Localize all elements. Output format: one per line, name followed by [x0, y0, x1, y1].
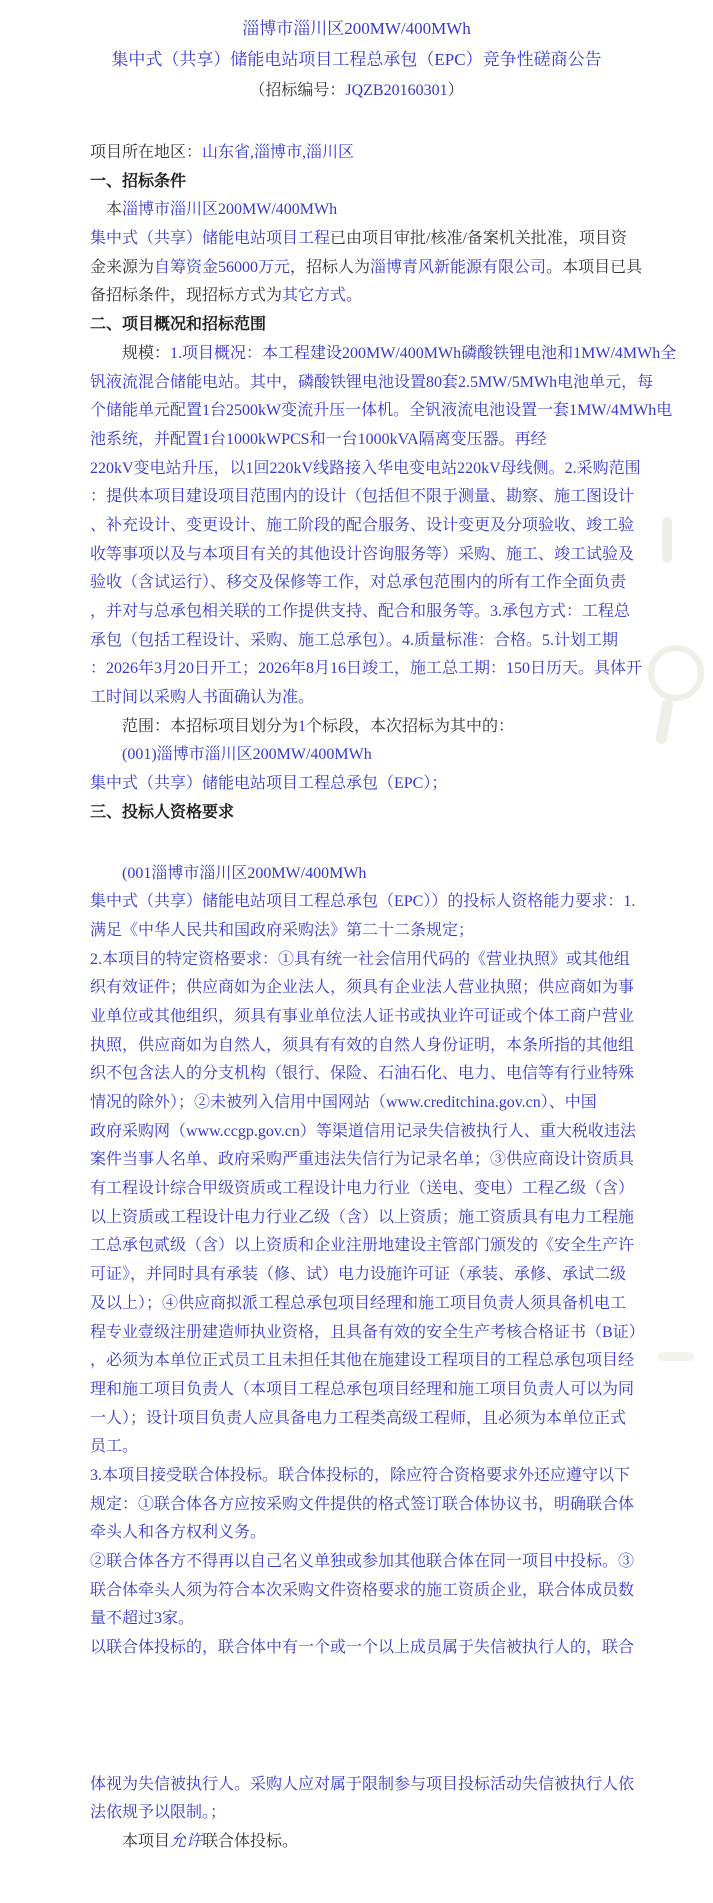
text-line: 牵头人和各方权利义务。	[90, 1519, 630, 1548]
text-segment: 备招标条件，现招标方式为	[90, 287, 282, 304]
text-segment: 。本项目已具	[546, 259, 642, 276]
text-line: 220kV变电站升压，以1回220kV线路接入华电变电站220kV母线侧。2.采…	[90, 455, 630, 484]
text-segment: (001)淄博市淄川区200MW/400MWh	[122, 746, 372, 763]
text-segment: 个标段，本次招标为其中的：	[306, 718, 514, 735]
text-segment: 一、招标条件	[90, 173, 186, 190]
text-line: 3.本项目接受联合体投标。联合体投标的，除应符合资格要求外还应遵守以下	[90, 1462, 630, 1491]
text-line: 有工程设计综合甲级资质或工程设计电力行业（送电、变电）工程乙级（含）	[90, 1175, 630, 1204]
text-segment: 范围：本招标项目划分为	[122, 718, 298, 735]
text-segment: 及以上）；④供应商拟派工程总承包项目经理和施工项目负责人须具备机电工	[90, 1295, 626, 1312]
text-segment: (001淄博市淄川区200MW/400MWh	[122, 865, 366, 882]
tender-no-value: JQZB20160301	[345, 82, 447, 99]
text-line: ②联合体各方不得再以自己名义单独或参加其他联合体在同一项目中投标。③	[90, 1548, 630, 1577]
text-segment: 本项目	[122, 1833, 170, 1850]
announcement-page: 淄博市淄川区200MW/400MWh 集中式（共享）储能电站项目工程总承包（EP…	[0, 0, 713, 1903]
text-line: 、补充设计、变更设计、施工阶段的配合服务、设计变更及分项验收、竣工验	[90, 512, 630, 541]
section-3-heading: 三、投标人资格要求	[90, 799, 630, 828]
text-line: 以上资质或工程设计电力行业乙级（含）以上资质；施工资质具有电力工程施	[90, 1204, 630, 1233]
text-line: 可证》，并同时具有承装（修、试）电力设施许可证（承装、承修、承试二级	[90, 1261, 630, 1290]
text-segment: 情况的除外）；②未被列入信用中国网站（www.creditchina.gov.c…	[90, 1094, 597, 1111]
text-segment: 法依规予以限制。；	[90, 1804, 226, 1821]
text-line: 集中式（共享）储能电站项目工程总承包（EPC）；	[90, 770, 630, 799]
text-segment: 承包（包括工程设计、采购、施工总承包）。4.质量标准：合格。5.计划工期	[90, 632, 618, 649]
watermark-magnifier-handle	[655, 698, 674, 744]
text-line: 工总承包贰级（含）以上资质和企业注册地建设主管部门颁发的《安全生产许	[90, 1232, 630, 1261]
text-segment: 自筹资金56000万元	[154, 259, 290, 276]
text-segment: 已由项目审批/核准/备案机关批准，项目资	[330, 230, 627, 247]
text-line: 池系统，并配置1台1000kWPCS和一台1000kVA隔离变压器。再经	[90, 426, 630, 455]
text-segment: 业单位或其他组织，须具有事业单位法人证书或执业许可证或个体工商户营业	[90, 1008, 634, 1025]
title-line-project: 淄博市淄川区200MW/400MWh	[0, 13, 713, 44]
text-line: 情况的除外）；②未被列入信用中国网站（www.creditchina.gov.c…	[90, 1089, 630, 1118]
text-line: (001淄博市淄川区200MW/400MWh	[90, 860, 630, 889]
text-segment: 工总承包贰级（含）以上资质和企业注册地建设主管部门颁发的《安全生产许	[90, 1237, 634, 1254]
section-2-heading: 二、项目概况和招标范围	[90, 311, 630, 340]
section-1-heading: 一、招标条件	[90, 168, 630, 197]
tender-no-prefix: （招标编号：	[249, 82, 345, 99]
text-segment: ：提供本项目建设项目范围内的设计（包括但不限于测量、勘察、施工图设计	[90, 488, 634, 505]
paragraph-gap	[90, 1663, 630, 1771]
text-segment: 220kV变电站升压，以1回220kV线路接入华电变电站220kV母线侧。2.采…	[90, 460, 641, 477]
text-line: 程专业壹级注册建造师执业资格，且具备有效的安全生产考核合格证书（B证）	[90, 1319, 630, 1348]
text-line: 承包（包括工程设计、采购、施工总承包）。4.质量标准：合格。5.计划工期	[90, 627, 630, 656]
text-segment: 集中式（共享）储能电站项目工程总承包（EPC）；	[90, 775, 447, 792]
text-line: 理和施工项目负责人（本项目工程总承包项目经理和施工项目负责人可以为同	[90, 1376, 630, 1405]
text-line: 业单位或其他组织，须具有事业单位法人证书或执业许可证或个体工商户营业	[90, 1003, 630, 1032]
text-segment: 程专业壹级注册建造师执业资格，且具备有效的安全生产考核合格证书（B证）	[90, 1324, 645, 1341]
text-line: 织有效证件；供应商如为企业法人，须具有企业法人营业执照；供应商如为事	[90, 974, 630, 1003]
text-segment: 项目所在地区：	[90, 144, 202, 161]
watermark-artifact	[658, 1352, 694, 1361]
text-segment: 以联合体投标的，联合体中有一个或一个以上成员属于失信被执行人的，联合	[90, 1639, 634, 1656]
text-line: 集中式（共享）储能电站项目工程总承包（EPC））的投标人资格能力要求：1.	[90, 888, 630, 917]
text-segment: 三、投标人资格要求	[90, 804, 234, 821]
text-line: 执照，供应商如为自然人，须具有有效的自然人身份证明，本条所指的其他组	[90, 1032, 630, 1061]
text-line: 验收（含试运行）、移交及保修等工作，对总承包范围内的所有工作全面负责	[90, 569, 630, 598]
text-line: ，并对与总承包相关联的工作提供支持、配合和服务等。3.承包方式：工程总	[90, 598, 630, 627]
title-project-text: 淄博市淄川区200MW/400MWh	[242, 19, 471, 38]
text-segment: 淄博青风新能源有限公司	[370, 259, 546, 276]
text-segment: 案件当事人名单、政府采购严重违法失信行为记录名单；③供应商设计资质具	[90, 1151, 634, 1168]
text-line: 联合体牵头人须为符合本次采购文件资格要求的施工资质企业，联合体成员数	[90, 1577, 630, 1606]
text-segment: 以上资质或工程设计电力行业乙级（含）以上资质；施工资质具有电力工程施	[90, 1209, 634, 1226]
text-line: 案件当事人名单、政府采购严重违法失信行为记录名单；③供应商设计资质具	[90, 1146, 630, 1175]
document-body: 项目所在地区：山东省,淄博市,淄川区一、招标条件本淄博市淄川区200MW/400…	[0, 139, 630, 1857]
text-segment: 3.本项目接受联合体投标。联合体投标的，除应符合资格要求外还应遵守以下	[90, 1467, 630, 1484]
text-line: 满足《中华人民共和国政府采购法》第二十二条规定；	[90, 917, 630, 946]
text-segment: 、补充设计、变更设计、施工阶段的配合服务、设计变更及分项验收、竣工验	[90, 517, 634, 534]
text-line: 工时间以采购人书面确认为准。	[90, 684, 630, 713]
text-line: ：提供本项目建设项目范围内的设计（包括但不限于测量、勘察、施工图设计	[90, 483, 630, 512]
text-segment: 规定：①联合体各方应按采购文件提供的格式签订联合体协议书，明确联合体	[90, 1496, 634, 1513]
consortium-allowed-line: 本项目允许联合体投标。	[90, 1828, 630, 1857]
text-segment: 可证》，并同时具有承装（修、试）电力设施许可证（承装、承修、承试二级	[90, 1266, 626, 1283]
text-line: 规定：①联合体各方应按采购文件提供的格式签订联合体协议书，明确联合体	[90, 1491, 630, 1520]
text-segment: 二、项目概况和招标范围	[90, 316, 266, 333]
text-line: 织不包含法人的分支机构（银行、保险、石油石化、电力、电信等有行业特殊	[90, 1060, 630, 1089]
text-line: 钒液流混合储能电站。其中，磷酸铁锂电池设置80套2.5MW/5MWh电池单元，每	[90, 369, 630, 398]
text-segment: 允许	[170, 1833, 202, 1850]
text-line: 一人）；设计项目负责人应具备电力工程类高级工程师，且必须为本单位正式	[90, 1405, 630, 1434]
text-segment: 集中式（共享）储能电站项目工程	[90, 230, 330, 247]
text-segment: 规模：	[122, 345, 170, 362]
text-segment: 政府采购网（www.ccgp.gov.cn）等渠道信用记录失信被执行人、重大税收…	[90, 1123, 636, 1140]
text-line: 备招标条件，现招标方式为其它方式。	[90, 282, 630, 311]
title-line-tender-no: （招标编号：JQZB20160301）	[0, 75, 713, 106]
text-line: 金来源为自筹资金56000万元，招标人为淄博青风新能源有限公司。本项目已具	[90, 254, 630, 283]
text-line: 规模：1.项目概况：本工程建设200MW/400MWh磷酸铁锂电池和1MW/4M…	[90, 340, 630, 369]
text-segment: 工时间以采购人书面确认为准。	[90, 689, 314, 706]
text-segment: 1	[298, 718, 306, 735]
text-segment: 联合体牵头人须为符合本次采购文件资格要求的施工资质企业，联合体成员数	[90, 1582, 634, 1599]
text-segment: 一人）；设计项目负责人应具备电力工程类高级工程师，且必须为本单位正式	[90, 1410, 626, 1427]
text-segment: 执照，供应商如为自然人，须具有有效的自然人身份证明，本条所指的其他组	[90, 1037, 634, 1054]
text-line: ：2026年3月20日开工；2026年8月16日竣工，施工总工期：150日历天。…	[90, 655, 630, 684]
text-segment: 1.项目概况：本工程建设200MW/400MWh磷酸铁锂电池和1MW/4MWh全	[170, 345, 676, 362]
tender-no-suffix: ）	[448, 82, 464, 99]
text-segment: 理和施工项目负责人（本项目工程总承包项目经理和施工项目负责人可以为同	[90, 1381, 634, 1398]
title-name-text: 集中式（共享）储能电站项目工程总承包（EPC）竞争性磋商公告	[111, 50, 601, 69]
text-segment: 有工程设计综合甲级资质或工程设计电力行业（送电、变电）工程乙级（含）	[90, 1180, 634, 1197]
text-segment: 2.本项目的特定资格要求：①具有统一社会信用代码的《营业执照》或其他组	[90, 951, 630, 968]
text-segment: 池系统，并配置1台1000kWPCS和一台1000kVA隔离变压器。再经	[90, 431, 547, 448]
text-segment: 淄博市淄川区200MW/400MWh	[122, 201, 337, 218]
text-line: 范围：本招标项目划分为1个标段，本次招标为其中的：	[90, 713, 630, 742]
text-line: 个储能单元配置1台2500kW变流升压一体机。全钒液流电池设置一套1MW/4MW…	[90, 397, 630, 426]
text-line: ，必须为本单位正式员工且未担任其他在施建设工程项目的工程总承包项目经	[90, 1347, 630, 1376]
text-segment: ，必须为本单位正式员工且未担任其他在施建设工程项目的工程总承包项目经	[90, 1352, 634, 1369]
watermark-artifact	[662, 517, 672, 563]
text-line: 集中式（共享）储能电站项目工程已由项目审批/核准/备案机关批准，项目资	[90, 225, 630, 254]
paragraph-gap	[90, 828, 630, 860]
text-segment: 金来源为	[90, 259, 154, 276]
text-line: 政府采购网（www.ccgp.gov.cn）等渠道信用记录失信被执行人、重大税收…	[90, 1118, 630, 1147]
text-line: 量不超过3家。	[90, 1605, 630, 1634]
text-segment: 量不超过3家。	[90, 1610, 194, 1627]
text-segment: 个储能单元配置1台2500kW变流升压一体机。全钒液流电池设置一套1MW/4MW…	[90, 402, 672, 419]
text-segment: 其它方式	[282, 287, 346, 304]
watermark-magnifier-ring	[648, 645, 704, 701]
text-line: (001)淄博市淄川区200MW/400MWh	[90, 741, 630, 770]
text-segment: 验收（含试运行）、移交及保修等工作，对总承包范围内的所有工作全面负责	[90, 574, 626, 591]
text-segment: 钒液流混合储能电站。其中，磷酸铁锂电池设置80套2.5MW/5MWh电池单元，每	[90, 374, 653, 391]
text-segment: 织不包含法人的分支机构（银行、保险、石油石化、电力、电信等有行业特殊	[90, 1065, 634, 1082]
text-line: 体视为失信被执行人。采购人应对属于限制参与项目投标活动失信被执行人依	[90, 1771, 630, 1800]
text-segment: 牵头人和各方权利义务。	[90, 1524, 266, 1541]
text-segment: ：2026年3月20日开工；2026年8月16日竣工，施工总工期：150日历天。…	[90, 660, 642, 677]
text-line: 及以上）；④供应商拟派工程总承包项目经理和施工项目负责人须具备机电工	[90, 1290, 630, 1319]
text-segment: 集中式（共享）储能电站项目工程总承包（EPC））的投标人资格能力要求：1.	[90, 893, 635, 910]
text-segment: 联合体投标。	[202, 1833, 298, 1850]
text-line: 员工。	[90, 1433, 630, 1462]
announcement-title: 淄博市淄川区200MW/400MWh 集中式（共享）储能电站项目工程总承包（EP…	[0, 0, 713, 106]
text-segment: 山东省,淄博市,淄川区	[202, 144, 354, 161]
text-segment: ，并对与总承包相关联的工作提供支持、配合和服务等。3.承包方式：工程总	[90, 603, 630, 620]
title-line-name: 集中式（共享）储能电站项目工程总承包（EPC）竞争性磋商公告	[0, 44, 713, 75]
text-line: 以联合体投标的，联合体中有一个或一个以上成员属于失信被执行人的，联合	[90, 1634, 630, 1663]
text-segment: 。	[346, 287, 362, 304]
text-line: 收等事项以及与本项目有关的其他设计咨询服务等）采购、施工、竣工试验及	[90, 541, 630, 570]
text-line: 本淄博市淄川区200MW/400MWh	[90, 196, 630, 225]
text-segment: 织有效证件；供应商如为企业法人，须具有企业法人营业执照；供应商如为事	[90, 979, 634, 996]
text-segment: 员工。	[90, 1438, 138, 1455]
text-segment: 体视为失信被执行人。采购人应对属于限制参与项目投标活动失信被执行人依	[90, 1776, 634, 1793]
text-line: 2.本项目的特定资格要求：①具有统一社会信用代码的《营业执照》或其他组	[90, 946, 630, 975]
project-region-line: 项目所在地区：山东省,淄博市,淄川区	[90, 139, 630, 168]
text-segment: ，招标人为	[290, 259, 370, 276]
text-segment: ②联合体各方不得再以自己名义单独或参加其他联合体在同一项目中投标。③	[90, 1553, 634, 1570]
text-segment: 满足《中华人民共和国政府采购法》第二十二条规定；	[90, 922, 474, 939]
text-line: 法依规予以限制。；	[90, 1799, 630, 1828]
text-segment: 收等事项以及与本项目有关的其他设计咨询服务等）采购、施工、竣工试验及	[90, 546, 634, 563]
text-segment: 本	[106, 201, 122, 218]
